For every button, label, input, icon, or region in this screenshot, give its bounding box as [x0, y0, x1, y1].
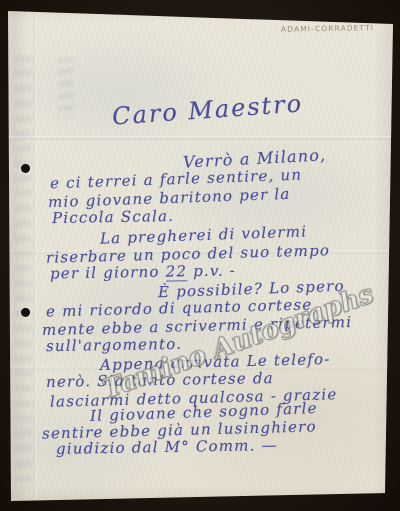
ink-bleedthrough [14, 55, 32, 490]
underlined-date: 22 [165, 262, 187, 281]
handwriting-line: sull'argomento. [46, 335, 182, 355]
handwriting-line: per il giorno 22 p.v. - [50, 261, 236, 282]
fold-crease-vertical [33, 0, 37, 511]
line-part: per il giorno [50, 263, 166, 283]
line-part: p.v. - [187, 261, 236, 280]
punch-hole [21, 308, 30, 317]
letter-paper: ADAMI-CORRADETTI Caro Maestro Verrò a Mi… [0, 0, 400, 511]
letter-greeting: Caro Maestro [111, 89, 304, 130]
handwriting-line: giudizio dal M° Comm. — [56, 436, 278, 458]
fold-crease [0, 136, 400, 140]
letter-photo: ADAMI-CORRADETTI Caro Maestro Verrò a Mi… [0, 0, 400, 511]
ink-bleedthrough [58, 58, 74, 118]
pencil-annotation: ADAMI-CORRADETTI [281, 23, 374, 34]
punch-hole [21, 164, 30, 173]
handwriting-line: Piccola Scala. [52, 207, 174, 227]
